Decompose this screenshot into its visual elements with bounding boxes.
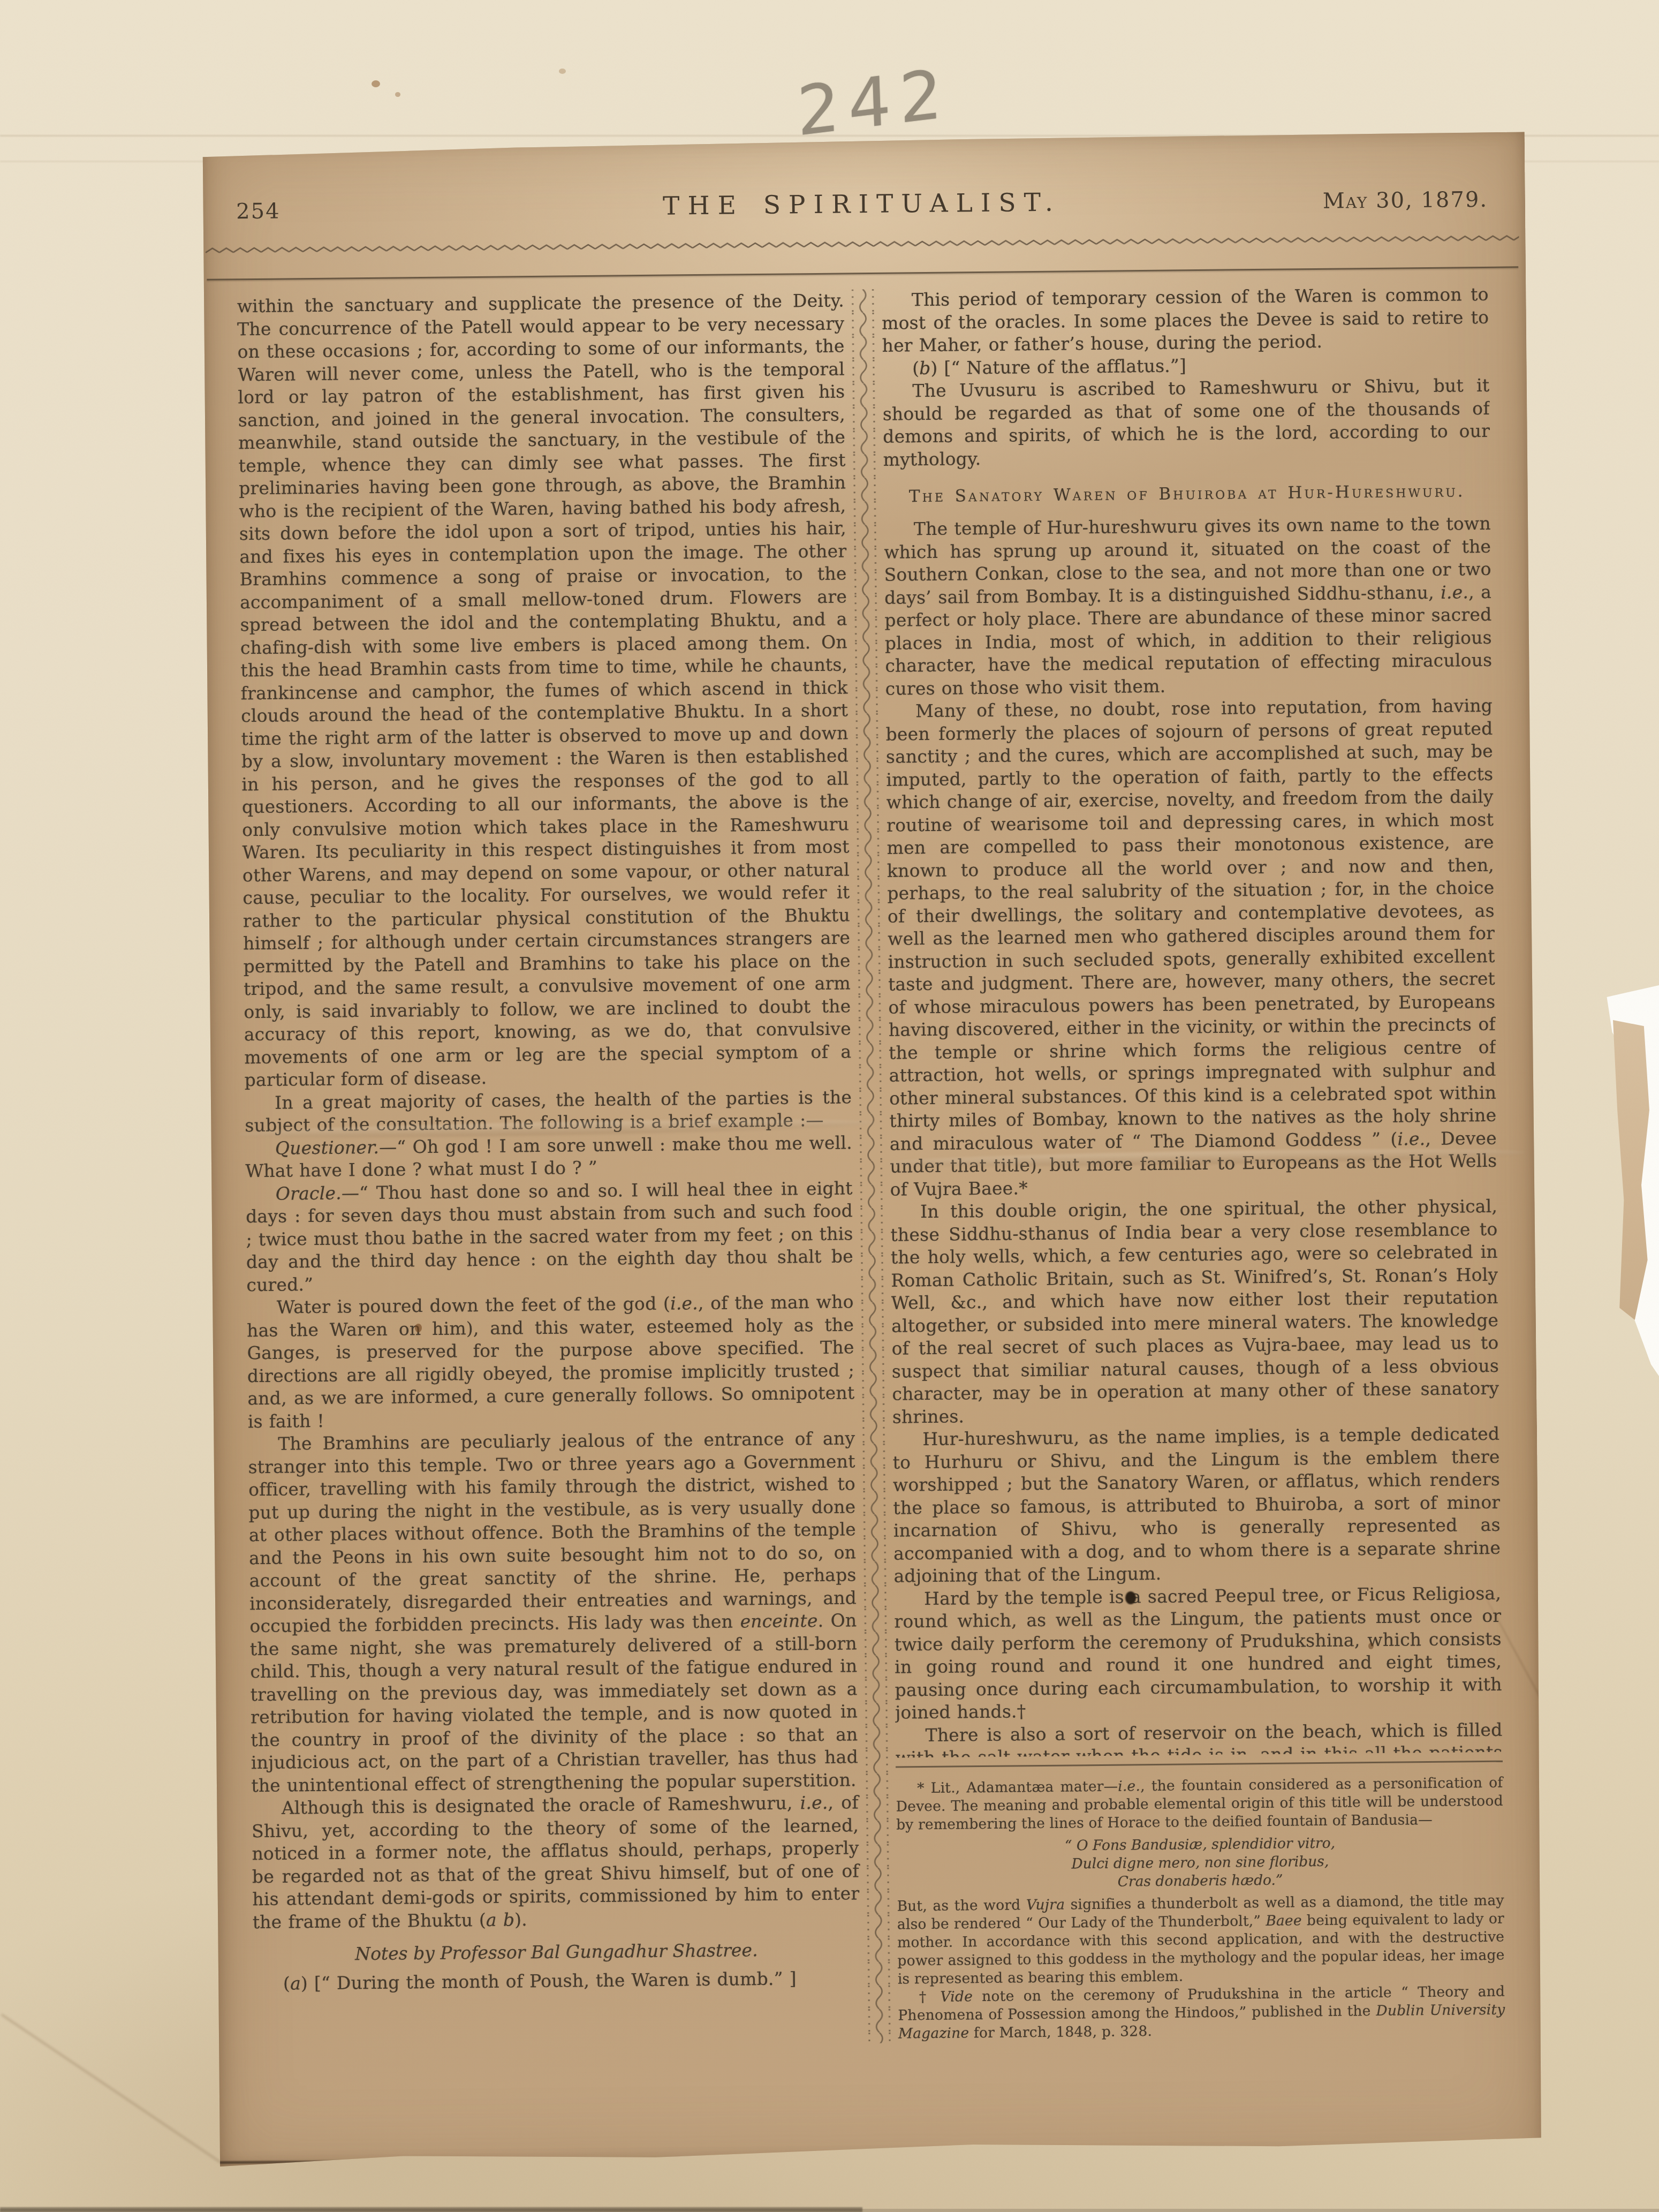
ink-blot xyxy=(1125,1591,1136,1604)
footnote-rule xyxy=(896,1761,1503,1768)
backing-fold xyxy=(1,2014,224,2165)
folio-number: 254 xyxy=(236,198,413,224)
printed-page: 254 THE SPIRITUALIST. May 30, 1879. with… xyxy=(198,132,1544,2170)
page-crease xyxy=(1484,1596,1630,1861)
footnote: * Lit., Adamantæa mater—i.e., the founta… xyxy=(896,1774,1503,1834)
paragraph: Hard by the temple is a sacred Peepul tr… xyxy=(894,1582,1502,1724)
foxing-spot xyxy=(1368,1643,1374,1649)
byline-note: Notes by Professor Bal Gungadhur Shastre… xyxy=(253,1938,860,1965)
footnote: † Vide note on the ceremony of Prudukshi… xyxy=(898,1983,1505,2043)
scan-edge xyxy=(0,2207,862,2212)
paragraph: within the sanctuary and supplicate the … xyxy=(237,289,852,1091)
foxing-spot xyxy=(395,92,400,97)
masthead-title: THE SPIRITUALIST. xyxy=(413,185,1311,223)
paragraph: The temple of Hur-hureshwuru gives its o… xyxy=(884,512,1493,700)
footnote: But, as the word Vujra signifies a thund… xyxy=(897,1892,1505,1989)
foxing-spot xyxy=(559,69,566,74)
paragraph: (a) [“ During the month of Poush, the Wa… xyxy=(253,1967,860,1995)
paragraph: In this double origin, the one spiritual… xyxy=(890,1195,1499,1429)
paragraph: Although this is designated the oracle o… xyxy=(252,1791,860,1934)
paragraph: There is also a sort of reservoir on the… xyxy=(895,1718,1503,1757)
scanned-page-canvas: 242 254 THE SPIRITUALIST. May 30, 1879. … xyxy=(0,0,1659,2212)
paragraph: This period of temporary cession of the … xyxy=(882,283,1489,357)
header-rule xyxy=(207,266,1518,281)
paragraph: Oracle.—“ Thou hast done so and so. I wi… xyxy=(246,1177,854,1296)
paragraph: Water is poured down the feet of the god… xyxy=(247,1290,855,1433)
paragraph: Many of these, no doubt, rose into reput… xyxy=(885,694,1497,1201)
text-columns: within the sanctuary and supplicate the … xyxy=(237,283,1505,2049)
paragraph: The Bramhins are peculiarly jealous of t… xyxy=(248,1427,858,1797)
foxing-spot xyxy=(372,80,380,87)
paragraph: The Uvusuru is ascribed to Rameshwuru or… xyxy=(882,374,1490,471)
page-header: 254 THE SPIRITUALIST. May 30, 1879. xyxy=(236,184,1488,225)
right-column-main: This period of temporary cession of the … xyxy=(882,283,1503,1758)
verse-quote: “ O Fons Bandusiæ, splendidior vitro,Dul… xyxy=(896,1833,1504,1893)
footnotes-section: * Lit., Adamantæa mater—i.e., the founta… xyxy=(896,1761,1505,2043)
paragraph: Hur-hureshwuru, as the name implies, is … xyxy=(892,1423,1501,1588)
issue-date: May 30, 1879. xyxy=(1311,187,1488,214)
zigzag-rule xyxy=(206,233,1519,255)
section-heading: The Sanatory Waren of Bhuiroba at Hur-Hu… xyxy=(883,481,1490,507)
paragraph: Questioner.—“ Oh god ! I am sore unwell … xyxy=(245,1131,853,1183)
foxing-spot xyxy=(415,1324,422,1332)
handwritten-page-number: 242 xyxy=(796,54,952,152)
left-column: within the sanctuary and supplicate the … xyxy=(237,289,861,2049)
